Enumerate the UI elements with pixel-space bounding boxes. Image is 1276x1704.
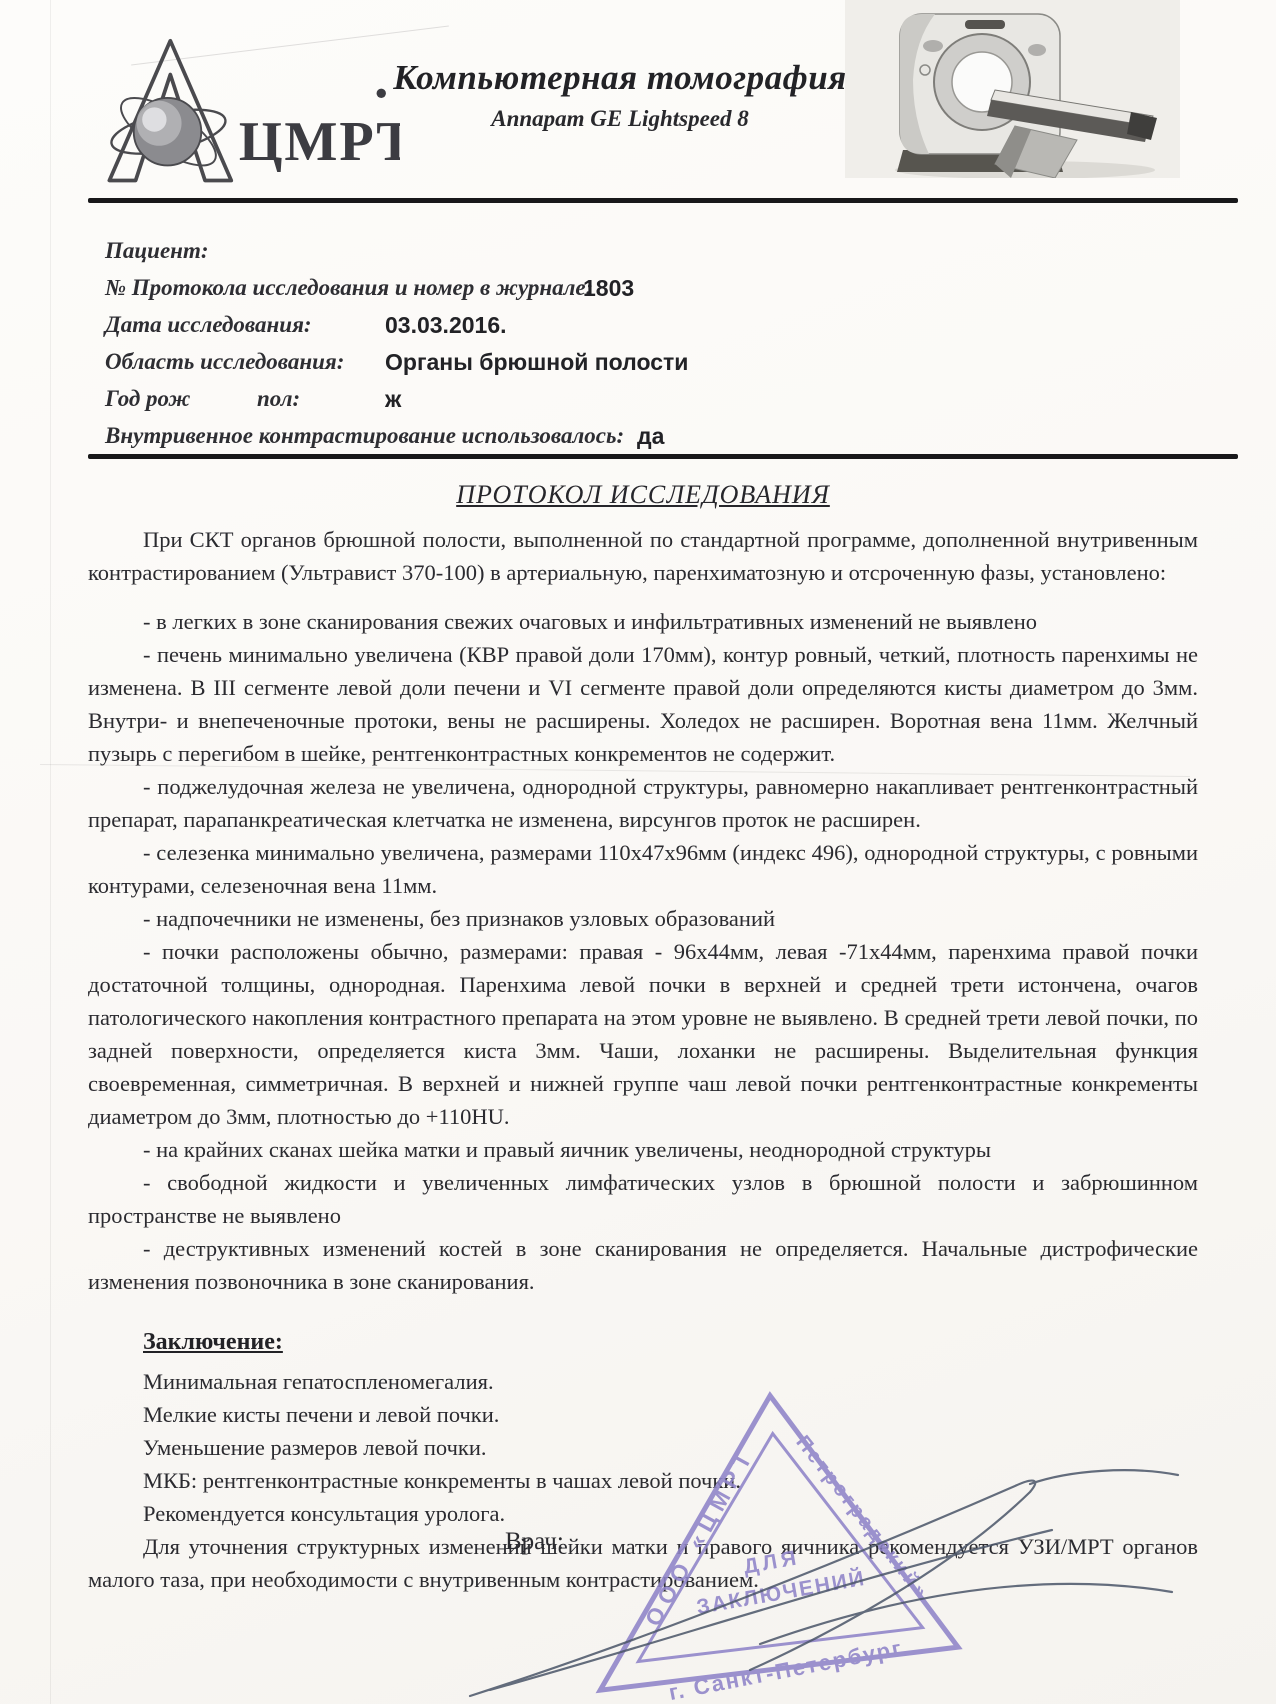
document-title: Компьютерная томография bbox=[385, 58, 855, 98]
study-date-value: 03.03.2016. bbox=[385, 312, 507, 339]
protocol-title: ПРОТОКОЛ ИССЛЕДОВАНИЯ bbox=[88, 478, 1198, 511]
conclusion-heading: Заключение: bbox=[88, 1326, 1198, 1359]
scanned-ct-report-page: ЦМРТ Компьютерная томография Аппарат GE … bbox=[0, 0, 1276, 1704]
patient-label: Пациент: bbox=[105, 238, 209, 264]
finding-item: - деструктивных изменений костей в зоне … bbox=[88, 1232, 1198, 1298]
finding-item: - селезенка минимально увеличена, размер… bbox=[88, 836, 1198, 902]
sex-label: пол: bbox=[257, 386, 300, 412]
conclusion-item: Уменьшение размеров левой почки. bbox=[88, 1431, 1198, 1464]
finding-item: - в легких в зоне сканирования свежих оч… bbox=[88, 605, 1198, 638]
cmrt-logo-icon: ЦМРТ bbox=[100, 30, 400, 195]
study-date-row: Дата исследования: 03.03.2016. bbox=[105, 312, 1165, 349]
sex-value: ж bbox=[385, 386, 401, 413]
study-area-value: Органы брюшной полости bbox=[385, 349, 688, 376]
birth-year-label: Год рож bbox=[105, 386, 190, 412]
document-header: Компьютерная томография Аппарат GE Light… bbox=[385, 58, 855, 132]
patient-row: Пациент: bbox=[105, 238, 1165, 275]
finding-item: - на крайних сканах шейка матки и правый… bbox=[88, 1133, 1198, 1166]
patient-divider-rule bbox=[88, 454, 1238, 459]
conclusion-item: Рекомендуется консультация уролога. bbox=[88, 1497, 1198, 1530]
contrast-label: Внутривенное контрастирование использова… bbox=[105, 423, 624, 449]
conclusion-item: Минимальная гепатоспленомегалия. bbox=[88, 1365, 1198, 1398]
finding-item: - поджелудочная железа не увеличена, одн… bbox=[88, 770, 1198, 836]
finding-item: - печень минимально увеличена (КВР право… bbox=[88, 638, 1198, 770]
finding-item: - свободной жидкости и увеличенных лимфа… bbox=[88, 1166, 1198, 1232]
clinic-logo: ЦМРТ bbox=[100, 30, 400, 195]
finding-item: - надпочечники не изменены, без признако… bbox=[88, 902, 1198, 935]
scan-edge-line bbox=[50, 0, 51, 1704]
conclusion-section: Заключение: Минимальная гепатоспленомега… bbox=[88, 1326, 1198, 1596]
conclusion-item: МКБ: рентгенконтрастные конкременты в ча… bbox=[88, 1464, 1198, 1497]
report-body: ПРОТОКОЛ ИССЛЕДОВАНИЯ При СКТ органов бр… bbox=[88, 478, 1198, 1596]
protocol-number-label: № Протокола исследования и номер в журна… bbox=[105, 275, 593, 301]
protocol-number-row: № Протокола исследования и номер в журна… bbox=[105, 275, 1165, 312]
birth-sex-row: Год рож пол: ж bbox=[105, 386, 1165, 423]
finding-item: - почки расположены обычно, размерами: п… bbox=[88, 935, 1198, 1133]
document-subtitle: Аппарат GE Lightspeed 8 bbox=[385, 106, 855, 132]
recommendation-paragraph: Для уточнения структурных изменений шейк… bbox=[88, 1530, 1198, 1596]
study-date-label: Дата исследования: bbox=[105, 312, 312, 338]
ct-scanner-icon bbox=[845, 0, 1180, 178]
header-divider-rule bbox=[88, 198, 1238, 203]
protocol-intro: При СКТ органов брюшной полости, выполне… bbox=[88, 523, 1198, 589]
study-area-row: Область исследования: Органы брюшной пол… bbox=[105, 349, 1165, 386]
study-area-label: Область исследования: bbox=[105, 349, 344, 375]
stamp-city-text: г. Санкт-Петербург bbox=[667, 1635, 905, 1704]
logo-text: ЦМРТ bbox=[239, 111, 400, 173]
patient-info-block: Пациент: № Протокола исследования и номе… bbox=[105, 238, 1165, 460]
contrast-value: да bbox=[637, 423, 664, 450]
protocol-number-value: 1803 bbox=[583, 275, 634, 302]
conclusion-item: Мелкие кисты печени и левой почки. bbox=[88, 1398, 1198, 1431]
ct-scanner-image bbox=[845, 0, 1180, 178]
doctor-label: Врач: bbox=[505, 1528, 564, 1556]
